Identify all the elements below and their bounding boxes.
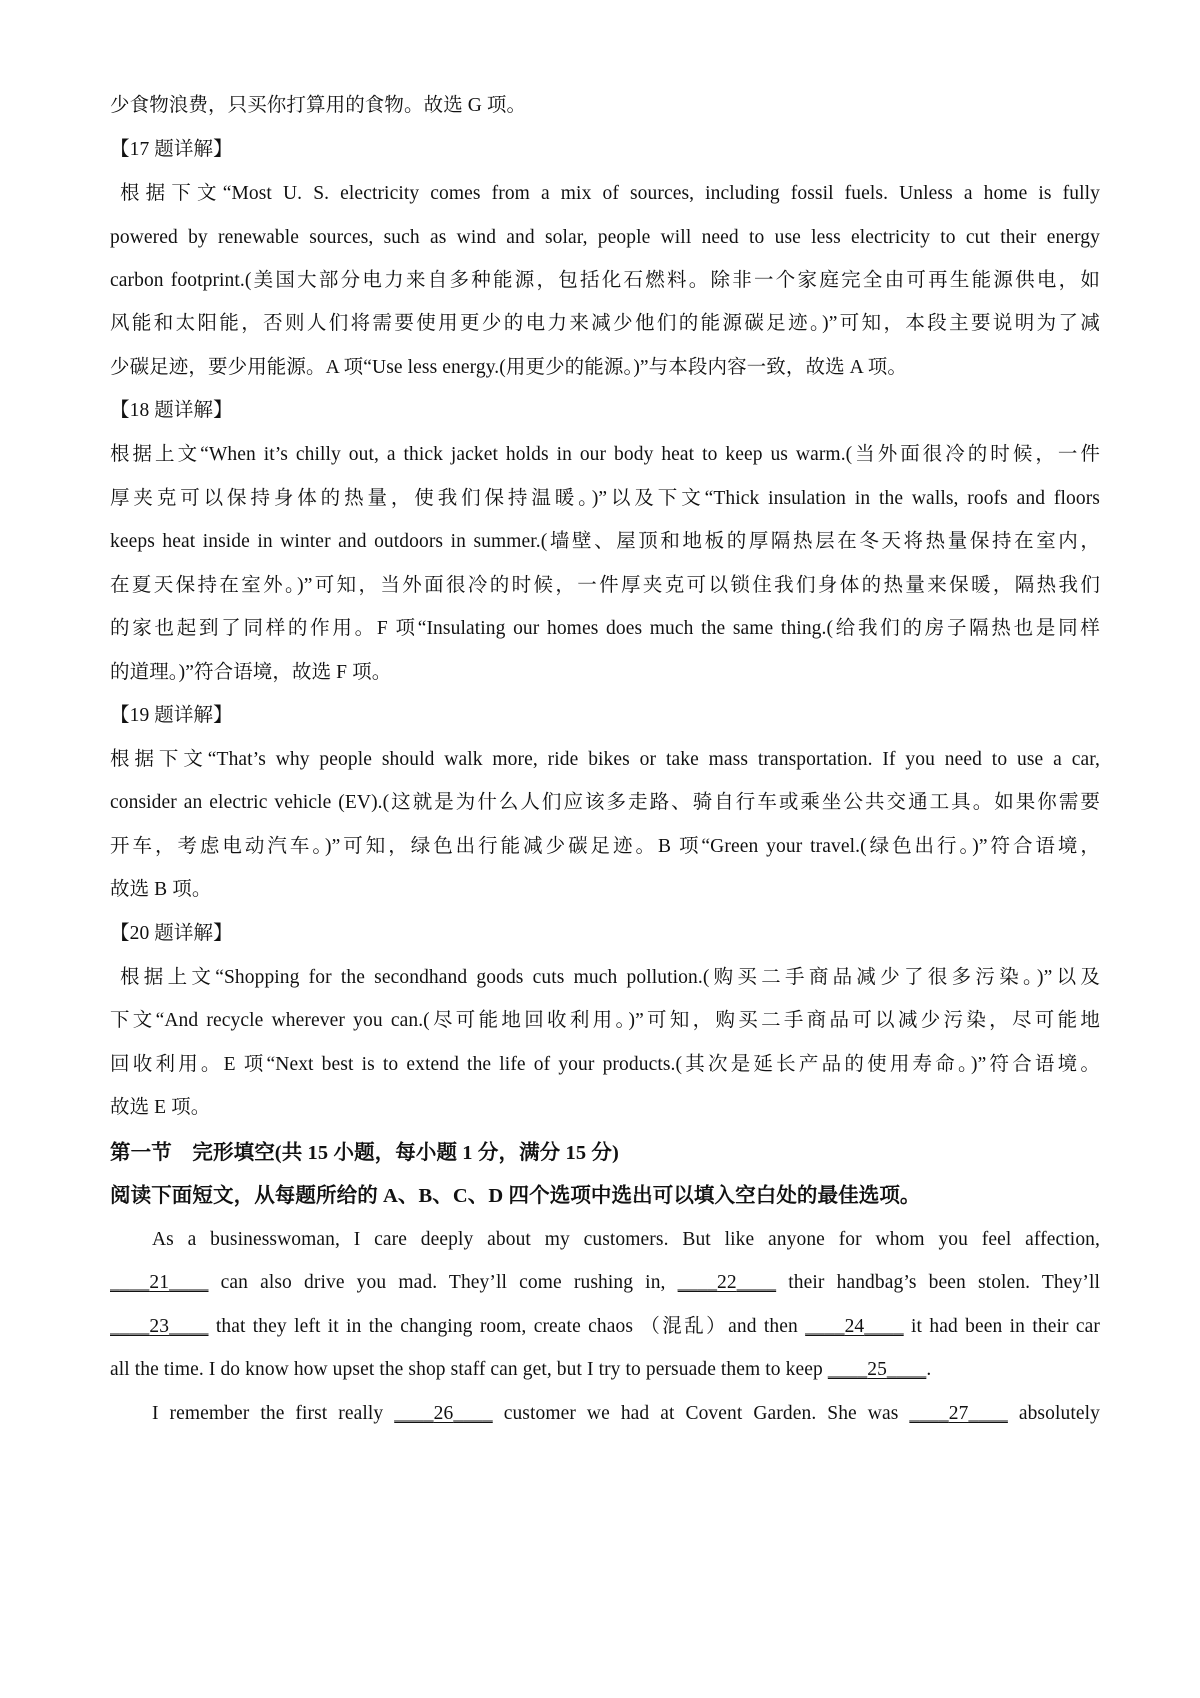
blank-24[interactable]: ____24____	[805, 1314, 904, 1340]
q17-line-5: 少碳足迹，要少用能源。A 项“Use less energy.(用更少的能源。)…	[110, 355, 1100, 381]
q18-line-2: 厚夹克可以保持身体的热量，使我们保持温暖。)”以及下文“Thick insula…	[110, 486, 1100, 512]
q17-heading: 【17 题详解】	[110, 137, 1100, 163]
q19-line-2: consider an electric vehicle (EV).(这就是为什…	[110, 790, 1100, 816]
q16-explanation-tail: 少食物浪费，只买你打算用的食物。故选 G 项。	[110, 93, 1100, 119]
q17-line-4: 风能和太阳能，否则人们将需要使用更少的电力来减少他们的能源碳足迹。)”可知，本段…	[110, 311, 1100, 337]
passage-text: customer we had at Covent Garden. She wa…	[493, 1403, 910, 1424]
q20-line-1: 根据上文“Shopping for the secondhand goods c…	[120, 965, 1100, 991]
q18-line-3: keeps heat inside in winter and outdoors…	[110, 529, 1100, 555]
passage-text: it had been in their car	[904, 1316, 1100, 1337]
passage-text: absolutely	[1008, 1403, 1100, 1424]
q18-line-5: 的家也起到了同样的作用。F 项“Insulating our homes doe…	[110, 616, 1100, 642]
passage-text: that they left it in the changing room, …	[209, 1316, 806, 1337]
q20-line-3: 回收利用。E 项“Next best is to extend the life…	[110, 1052, 1100, 1078]
blank-23[interactable]: ____23____	[110, 1314, 209, 1340]
q18-line-4: 在夏天保持在室外。)”可知，当外面很冷的时候，一件厚夹克可以锁住我们身体的热量来…	[110, 573, 1100, 599]
blank-21[interactable]: ____21____	[110, 1270, 209, 1296]
q19-line-4: 故选 B 项。	[110, 877, 1100, 903]
q17-line-3: carbon footprint.(美国大部分电力来自多种能源，包括化石燃料。除…	[110, 268, 1100, 294]
q17-line-2: powered by renewable sources, such as wi…	[110, 225, 1100, 251]
section-instruction: 阅读下面短文，从每题所给的 A、B、C、D 四个选项中选出可以填入空白处的最佳选…	[110, 1183, 1100, 1209]
exam-answer-page: 少食物浪费，只买你打算用的食物。故选 G 项。 【17 题详解】 根据下文“Mo…	[0, 0, 1200, 1698]
passage-text: I remember the first really	[152, 1403, 394, 1424]
q20-line-4: 故选 E 项。	[110, 1095, 1100, 1121]
q20-line-2: 下文“And recycle wherever you can.(尽可能地回收利…	[110, 1008, 1100, 1034]
section-title: 第一节 完形填空(共 15 小题，每小题 1 分，满分 15 分)	[110, 1140, 1100, 1166]
passage-line-4: all the time. I do know how upset the sh…	[110, 1357, 1100, 1383]
q19-line-3: 开车，考虑电动汽车。)”可知，绿色出行能减少碳足迹。B 项“Green your…	[110, 834, 1100, 860]
q20-heading: 【20 题详解】	[110, 921, 1100, 947]
passage-text: their handbag’s been stolen. They’ll	[776, 1272, 1100, 1293]
blank-26[interactable]: ____26____	[394, 1401, 493, 1427]
passage-line-1: As a businesswoman, I care deeply about …	[152, 1227, 1100, 1253]
q17-line-1: 根据下文“Most U. S. electricity comes from a…	[120, 181, 1100, 207]
blank-25[interactable]: ____25____	[828, 1357, 927, 1383]
passage-line-5: I remember the first really ____26____ c…	[152, 1401, 1100, 1427]
passage-text: .	[926, 1359, 931, 1380]
q18-line-6: 的道理。)”符合语境，故选 F 项。	[110, 660, 1100, 686]
blank-27[interactable]: ____27____	[909, 1401, 1008, 1427]
passage-line-3: ____23____ that they left it in the chan…	[110, 1314, 1100, 1340]
passage-text: all the time. I do know how upset the sh…	[110, 1359, 828, 1380]
passage-text: can also drive you mad. They’ll come rus…	[209, 1272, 678, 1293]
passage-line-2: ____21____ can also drive you mad. They’…	[110, 1270, 1100, 1296]
q19-line-1: 根据下文“That’s why people should walk more,…	[110, 747, 1100, 773]
q18-heading: 【18 题详解】	[110, 398, 1100, 424]
blank-22[interactable]: ____22____	[678, 1270, 777, 1296]
q18-line-1: 根据上文“When it’s chilly out, a thick jacke…	[110, 442, 1100, 468]
q19-heading: 【19 题详解】	[110, 703, 1100, 729]
